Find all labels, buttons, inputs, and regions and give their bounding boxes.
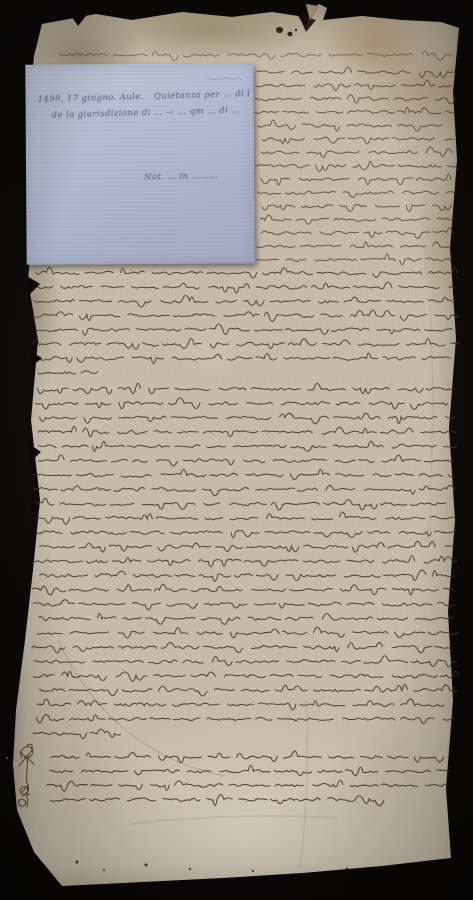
card-notary-note: Not. … in ……… [144, 171, 218, 184]
dust-speck [6, 757, 8, 759]
note-card: 1499, 17 giugno. Aule.Quietanza per … di… [25, 63, 254, 265]
card-date-text: 1499, 17 giugno. Aule. [37, 92, 144, 105]
card-date-row: 1499, 17 giugno. Aule.Quietanza per … di… [37, 89, 249, 106]
card-subject-row: de la giurisdizione di … — … qm … di … [52, 105, 250, 122]
photo-backdrop: 1499, 17 giugno. Aule.Quietanza per … di… [0, 0, 473, 900]
card-subject-text: Quietanza per … di beni venduti [154, 89, 250, 102]
